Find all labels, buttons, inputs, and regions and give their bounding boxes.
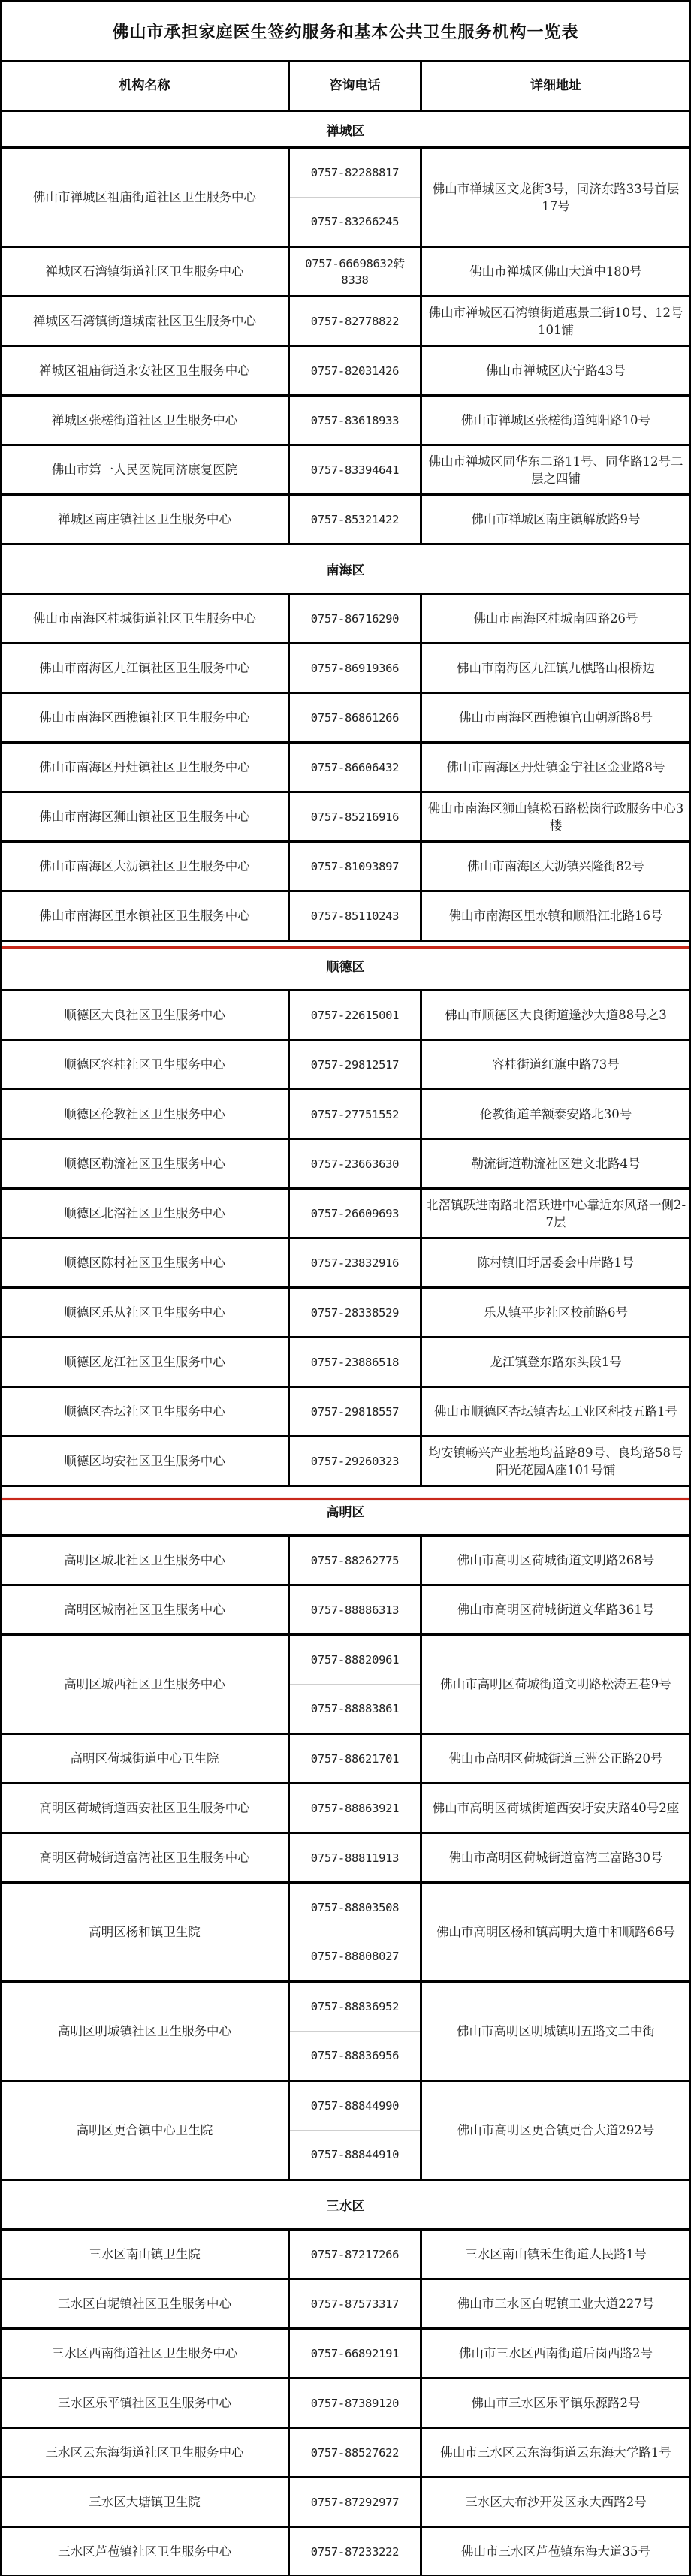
phone-number[interactable]: 0757-88886313 (290, 1586, 420, 1633)
phone-number[interactable]: 0757-83394641 (290, 446, 420, 493)
phone-number[interactable]: 0757-82288817 (290, 149, 420, 197)
institution-name: 三水区南山镇卫生院 (2, 2231, 290, 2278)
institution-name: 顺德区杏坛社区卫生服务中心 (2, 1388, 290, 1435)
table-row: 顺德区乐从社区卫生服务中心0757-28338529乐从镇平步社区校前路6号 (2, 1289, 689, 1338)
phone-cell: 0757-81093897 (290, 843, 422, 890)
table-row: 顺德区伦教社区卫生服务中心0757-27751552伦教街道羊额泰安路北30号 (2, 1090, 689, 1140)
phone-cell: 0757-82778822 (290, 297, 422, 345)
phone-cell: 0757-88262775 (290, 1537, 422, 1584)
institution-name: 高明区城北社区卫生服务中心 (2, 1537, 290, 1584)
institution-name: 顺德区龙江社区卫生服务中心 (2, 1338, 290, 1386)
phone-number[interactable]: 0757-86861266 (290, 694, 420, 741)
institution-address: 容桂街道红旗中路73号 (422, 1041, 689, 1088)
institution-address: 佛山市高明区荷城街道西安圩安庆路40号2座 (422, 1784, 689, 1832)
phone-number[interactable]: 0757-23832916 (290, 1239, 420, 1286)
institution-address: 佛山市高明区荷城街道文明路268号 (422, 1537, 689, 1584)
table-row: 顺德区勒流社区卫生服务中心0757-23663630勒流街道勒流社区建文北路4号 (2, 1140, 689, 1190)
institution-name: 佛山市南海区九江镇社区卫生服务中心 (2, 644, 290, 692)
institution-address: 乐从镇平步社区校前路6号 (422, 1289, 689, 1336)
institution-name: 佛山市南海区狮山镇社区卫生服务中心 (2, 793, 290, 840)
institution-name: 高明区更合镇中心卫生院 (2, 2082, 290, 2179)
phone-number[interactable]: 0757-88863921 (290, 1784, 420, 1832)
phone-cell: 0757-86919366 (290, 644, 422, 692)
column-header-address: 详细地址 (422, 62, 689, 110)
institution-address: 佛山市南海区狮山镇松石路松岗行政服务中心3楼 (422, 793, 689, 840)
phone-number[interactable]: 0757-87292977 (290, 2478, 420, 2526)
table-row: 佛山市南海区里水镇社区卫生服务中心0757-85110243佛山市南海区里水镇和… (2, 892, 689, 942)
phone-cell: 0757-87233222 (290, 2528, 422, 2575)
phone-cell: 0757-29260323 (290, 1437, 422, 1485)
phone-number[interactable]: 0757-88621701 (290, 1735, 420, 1782)
phone-number[interactable]: 0757-88820961 (290, 1636, 420, 1684)
institution-name: 顺德区容桂社区卫生服务中心 (2, 1041, 290, 1088)
phone-number[interactable]: 0757-86919366 (290, 644, 420, 692)
table-row: 三水区白坭镇社区卫生服务中心0757-87573317佛山市三水区白坭镇工业大道… (2, 2280, 689, 2330)
institution-address: 佛山市高明区荷城街道富湾三富路30号 (422, 1834, 689, 1881)
institution-address: 佛山市高明区荷城街道文华路361号 (422, 1586, 689, 1633)
institution-name: 顺德区大良社区卫生服务中心 (2, 991, 290, 1039)
phone-cell: 0757-23886518 (290, 1338, 422, 1386)
phone-number[interactable]: 0757-86716290 (290, 595, 420, 642)
institution-address: 佛山市三水区西南街道后岗西路2号 (422, 2330, 689, 2377)
phone-number[interactable]: 0757-27751552 (290, 1090, 420, 1138)
institution-address: 佛山市三水区云东海街道云东海大学路1号 (422, 2429, 689, 2476)
phone-cell: 0757-86861266 (290, 694, 422, 741)
phone-cell: 0757-28338529 (290, 1289, 422, 1336)
institution-name: 佛山市南海区丹灶镇社区卫生服务中心 (2, 744, 290, 791)
table-row: 顺德区北滘社区卫生服务中心0757-26609693北滘镇跃进南路北滘跃进中心靠… (2, 1190, 689, 1239)
table-row: 三水区南山镇卫生院0757-87217266三水区南山镇禾生街道人民路1号 (2, 2231, 689, 2280)
institution-address: 三水区大布沙开发区永大西路2号 (422, 2478, 689, 2526)
column-header-phone: 咨询电话 (290, 62, 422, 110)
institution-address: 佛山市高明区荷城街道三洲公正路20号 (422, 1735, 689, 1782)
phone-number[interactable]: 0757-87233222 (290, 2528, 420, 2575)
table-row: 三水区西南街道社区卫生服务中心0757-66892191佛山市三水区西南街道后岗… (2, 2330, 689, 2379)
phone-number[interactable]: 0757-86606432 (290, 744, 420, 791)
phone-cell: 0757-83394641 (290, 446, 422, 493)
phone-number[interactable]: 0757-29818557 (290, 1388, 420, 1435)
institution-name: 三水区乐平镇社区卫生服务中心 (2, 2379, 290, 2427)
institution-address: 佛山市高明区明城镇明五路文二中街 (422, 1983, 689, 2080)
institution-address: 佛山市禅城区同华东二路11号、同华路12号二层之四铺 (422, 446, 689, 493)
institution-name: 禅城区石湾镇街道社区卫生服务中心 (2, 248, 290, 295)
table-row: 禅城区祖庙街道永安社区卫生服务中心0757-82031426佛山市禅城区庆宁路4… (2, 347, 689, 397)
institution-name: 高明区城南社区卫生服务中心 (2, 1586, 290, 1633)
institution-address: 佛山市南海区大沥镇兴隆街82号 (422, 843, 689, 890)
phone-number[interactable]: 0757-85321422 (290, 496, 420, 543)
phone-cell: 0757-87217266 (290, 2231, 422, 2278)
phone-number[interactable]: 0757-88836956 (290, 2031, 420, 2080)
institution-name: 高明区明城镇社区卫生服务中心 (2, 1983, 290, 2080)
institution-address: 佛山市高明区杨和镇高明大道中和顺路66号 (422, 1884, 689, 1980)
table-row: 高明区城北社区卫生服务中心0757-88262775佛山市高明区荷城街道文明路2… (2, 1537, 689, 1586)
institution-address: 佛山市禅城区文龙街3号，同济东路33号首层17号 (422, 149, 689, 246)
table-row: 顺德区龙江社区卫生服务中心0757-23886518龙江镇登东路东头段1号 (2, 1338, 689, 1388)
phone-number[interactable]: 0757-26609693 (290, 1190, 420, 1237)
institution-address: 龙江镇登东路东头段1号 (422, 1338, 689, 1386)
district-section-header: 南海区 (2, 545, 689, 595)
phone-number[interactable]: 0757-81093897 (290, 843, 420, 890)
phone-cell: 0757-88886313 (290, 1586, 422, 1633)
phone-number[interactable]: 0757-29260323 (290, 1437, 420, 1485)
table-row: 禅城区南庄镇社区卫生服务中心0757-85321422佛山市禅城区南庄镇解放路9… (2, 496, 689, 545)
institution-name: 顺德区陈村社区卫生服务中心 (2, 1239, 290, 1286)
institution-address: 佛山市南海区西樵镇官山朝新路8号 (422, 694, 689, 741)
table-row: 三水区乐平镇社区卫生服务中心0757-87389120佛山市三水区乐平镇乐源路2… (2, 2379, 689, 2429)
phone-number[interactable]: 0757-83618933 (290, 397, 420, 444)
institution-address: 佛山市三水区芦苞镇东海大道35号 (422, 2528, 689, 2575)
phone-cell: 0757-66698632转8338 (290, 248, 422, 295)
phone-number[interactable]: 0757-82778822 (290, 297, 420, 345)
phone-number[interactable]: 0757-29812517 (290, 1041, 420, 1088)
phone-cell: 0757-888449900757-88844910 (290, 2082, 422, 2179)
district-section-header: 高明区 (2, 1487, 689, 1537)
phone-cell: 0757-88621701 (290, 1735, 422, 1782)
phone-number[interactable]: 0757-23663630 (290, 1140, 420, 1187)
phone-number[interactable]: 0757-88883861 (290, 1684, 420, 1733)
institution-name: 顺德区乐从社区卫生服务中心 (2, 1289, 290, 1336)
table-row: 顺德区均安社区卫生服务中心0757-29260323均安镇畅兴产业基地均益路89… (2, 1437, 689, 1487)
phone-cell: 0757-83618933 (290, 397, 422, 444)
table-row: 顺德区杏坛社区卫生服务中心0757-29818557佛山市顺德区杏坛镇杏坛工业区… (2, 1388, 689, 1437)
phone-cell: 0757-88527622 (290, 2429, 422, 2476)
phone-number[interactable]: 0757-88803508 (290, 1884, 420, 1932)
table-row: 禅城区石湾镇街道社区卫生服务中心0757-66698632转8338佛山市禅城区… (2, 248, 689, 297)
institution-address: 佛山市三水区乐平镇乐源路2号 (422, 2379, 689, 2427)
table-row: 高明区城南社区卫生服务中心0757-88886313佛山市高明区荷城街道文华路3… (2, 1586, 689, 1636)
column-header-name: 机构名称 (2, 62, 290, 110)
table-row: 禅城区张槎街道社区卫生服务中心0757-83618933佛山市禅城区张槎街道纯阳… (2, 397, 689, 446)
institution-name: 三水区白坭镇社区卫生服务中心 (2, 2280, 290, 2327)
institution-name: 佛山市第一人民医院同济康复医院 (2, 446, 290, 493)
institution-name: 顺德区伦教社区卫生服务中心 (2, 1090, 290, 1138)
institution-address: 三水区南山镇禾生街道人民路1号 (422, 2231, 689, 2278)
phone-cell: 0757-87389120 (290, 2379, 422, 2427)
phone-cell: 0757-29818557 (290, 1388, 422, 1435)
table-row: 佛山市禅城区祖庙街道社区卫生服务中心0757-822888170757-8326… (2, 149, 689, 248)
institution-address: 佛山市南海区里水镇和顺沿江北路16号 (422, 892, 689, 940)
institution-address: 北滘镇跃进南路北滘跃进中心靠近东风路一侧2-7层 (422, 1190, 689, 1237)
institution-name: 三水区芦苞镇社区卫生服务中心 (2, 2528, 290, 2575)
table-row: 佛山市南海区九江镇社区卫生服务中心0757-86919366佛山市南海区九江镇九… (2, 644, 689, 694)
phone-cell: 0757-888369520757-88836956 (290, 1983, 422, 2080)
phone-number[interactable]: 0757-88836952 (290, 1983, 420, 2031)
phone-number[interactable]: 0757-88527622 (290, 2429, 420, 2476)
phone-cell: 0757-86716290 (290, 595, 422, 642)
institution-name: 佛山市禅城区祖庙街道社区卫生服务中心 (2, 149, 290, 246)
phone-number[interactable]: 0757-85110243 (290, 892, 420, 940)
phone-cell: 0757-87573317 (290, 2280, 422, 2327)
phone-cell: 0757-85110243 (290, 892, 422, 940)
phone-cell: 0757-27751552 (290, 1090, 422, 1138)
table-row: 佛山市南海区西樵镇社区卫生服务中心0757-86861266佛山市南海区西樵镇官… (2, 694, 689, 744)
institution-name: 高明区荷城街道富湾社区卫生服务中心 (2, 1834, 290, 1881)
phone-number[interactable]: 0757-28338529 (290, 1289, 420, 1336)
phone-cell: 0757-88811913 (290, 1834, 422, 1881)
table-row: 佛山市南海区桂城街道社区卫生服务中心0757-86716290佛山市南海区桂城南… (2, 595, 689, 644)
phone-cell: 0757-26609693 (290, 1190, 422, 1237)
table-row: 高明区杨和镇卫生院0757-888035080757-88808027佛山市高明… (2, 1884, 689, 1983)
phone-number[interactable]: 0757-22615001 (290, 991, 420, 1039)
institution-name: 佛山市南海区大沥镇社区卫生服务中心 (2, 843, 290, 890)
phone-number[interactable]: 0757-88844990 (290, 2082, 420, 2130)
institution-name: 禅城区张槎街道社区卫生服务中心 (2, 397, 290, 444)
institution-address: 佛山市禅城区南庄镇解放路9号 (422, 496, 689, 543)
table-row: 高明区荷城街道中心卫生院0757-88621701佛山市高明区荷城街道三洲公正路… (2, 1735, 689, 1784)
phone-cell: 0757-85321422 (290, 496, 422, 543)
institution-address: 佛山市南海区丹灶镇金宁社区金业路8号 (422, 744, 689, 791)
phone-cell: 0757-23663630 (290, 1140, 422, 1187)
institution-address: 佛山市高明区荷城街道文明路松涛五巷9号 (422, 1636, 689, 1733)
table-row: 高明区荷城街道富湾社区卫生服务中心0757-88811913佛山市高明区荷城街道… (2, 1834, 689, 1884)
table-row: 三水区云东海街道社区卫生服务中心0757-88527622佛山市三水区云东海街道… (2, 2429, 689, 2478)
table-row: 高明区更合镇中心卫生院0757-888449900757-88844910佛山市… (2, 2082, 689, 2181)
institution-directory-table: 佛山市承担家庭医生签约服务和基本公共卫生服务机构一览表 机构名称 咨询电话 详细… (0, 0, 691, 2576)
institution-name: 三水区大塘镇卫生院 (2, 2478, 290, 2526)
institution-name: 高明区城西社区卫生服务中心 (2, 1636, 290, 1733)
table-row: 顺德区陈村社区卫生服务中心0757-23832916陈村镇旧圩居委会中岸路1号 (2, 1239, 689, 1289)
institution-name: 高明区杨和镇卫生院 (2, 1884, 290, 1980)
phone-cell: 0757-85216916 (290, 793, 422, 840)
institution-address: 佛山市高明区更合镇更合大道292号 (422, 2082, 689, 2179)
district-section-header: 三水区 (2, 2181, 689, 2231)
table-row: 三水区大塘镇卫生院0757-87292977三水区大布沙开发区永大西路2号 (2, 2478, 689, 2528)
phone-cell: 0757-888209610757-88883861 (290, 1636, 422, 1733)
phone-cell: 0757-822888170757-83266245 (290, 149, 422, 246)
phone-number[interactable]: 0757-82031426 (290, 347, 420, 394)
table-row: 高明区荷城街道西安社区卫生服务中心0757-88863921佛山市高明区荷城街道… (2, 1784, 689, 1834)
institution-name: 禅城区石湾镇街道城南社区卫生服务中心 (2, 297, 290, 345)
institution-name: 高明区荷城街道西安社区卫生服务中心 (2, 1784, 290, 1832)
phone-number[interactable]: 0757-23886518 (290, 1338, 420, 1386)
institution-address: 佛山市顺德区大良街道逢沙大道88号之3 (422, 991, 689, 1039)
phone-cell: 0757-888035080757-88808027 (290, 1884, 422, 1980)
institution-address: 佛山市南海区九江镇九樵路山根桥边 (422, 644, 689, 692)
phone-cell: 0757-86606432 (290, 744, 422, 791)
phone-cell: 0757-22615001 (290, 991, 422, 1039)
table-row: 高明区城西社区卫生服务中心0757-888209610757-88883861佛… (2, 1636, 689, 1735)
phone-number[interactable]: 0757-87573317 (290, 2280, 420, 2327)
table-row: 佛山市第一人民医院同济康复医院0757-83394641佛山市禅城区同华东二路1… (2, 446, 689, 496)
phone-cell: 0757-66892191 (290, 2330, 422, 2377)
district-section-header: 顺德区 (2, 942, 689, 991)
institution-name: 佛山市南海区西樵镇社区卫生服务中心 (2, 694, 290, 741)
institution-address: 勒流街道勒流社区建文北路4号 (422, 1140, 689, 1187)
column-header-row: 机构名称 咨询电话 详细地址 (2, 62, 689, 112)
institution-name: 佛山市南海区里水镇社区卫生服务中心 (2, 892, 290, 940)
institution-address: 伦教街道羊额泰安路北30号 (422, 1090, 689, 1138)
institution-address: 佛山市禅城区张槎街道纯阳路10号 (422, 397, 689, 444)
table-title: 佛山市承担家庭医生签约服务和基本公共卫生服务机构一览表 (2, 0, 689, 62)
phone-number[interactable]: 0757-88262775 (290, 1537, 420, 1584)
table-row: 顺德区容桂社区卫生服务中心0757-29812517容桂街道红旗中路73号 (2, 1041, 689, 1090)
table-body: 禅城区佛山市禅城区祖庙街道社区卫生服务中心0757-822888170757-8… (2, 112, 689, 2576)
district-section-header: 禅城区 (2, 112, 689, 149)
institution-name: 三水区云东海街道社区卫生服务中心 (2, 2429, 290, 2476)
table-row: 高明区明城镇社区卫生服务中心0757-888369520757-88836956… (2, 1983, 689, 2082)
institution-address: 佛山市禅城区石湾镇街道惠景三街10号、12号101铺 (422, 297, 689, 345)
table-row: 佛山市南海区大沥镇社区卫生服务中心0757-81093897佛山市南海区大沥镇兴… (2, 843, 689, 892)
table-row: 佛山市南海区狮山镇社区卫生服务中心0757-85216916佛山市南海区狮山镇松… (2, 793, 689, 843)
institution-name: 顺德区均安社区卫生服务中心 (2, 1437, 290, 1485)
phone-number[interactable]: 0757-88808027 (290, 1932, 420, 1980)
institution-address: 佛山市禅城区佛山大道中180号 (422, 248, 689, 295)
institution-address: 佛山市禅城区庆宁路43号 (422, 347, 689, 394)
table-row: 三水区芦苞镇社区卫生服务中心0757-87233222佛山市三水区芦苞镇东海大道… (2, 2528, 689, 2576)
institution-address: 佛山市南海区桂城南四路26号 (422, 595, 689, 642)
phone-number[interactable]: 0757-87389120 (290, 2379, 420, 2427)
phone-cell: 0757-23832916 (290, 1239, 422, 1286)
institution-name: 顺德区勒流社区卫生服务中心 (2, 1140, 290, 1187)
phone-number[interactable]: 0757-87217266 (290, 2231, 420, 2278)
phone-cell: 0757-29812517 (290, 1041, 422, 1088)
institution-name: 禅城区南庄镇社区卫生服务中心 (2, 496, 290, 543)
phone-number[interactable]: 0757-88844910 (290, 2130, 420, 2179)
institution-name: 佛山市南海区桂城街道社区卫生服务中心 (2, 595, 290, 642)
phone-number[interactable]: 0757-66698632转8338 (290, 248, 420, 295)
phone-number[interactable]: 0757-83266245 (290, 197, 420, 246)
phone-cell: 0757-87292977 (290, 2478, 422, 2526)
table-row: 佛山市南海区丹灶镇社区卫生服务中心0757-86606432佛山市南海区丹灶镇金… (2, 744, 689, 793)
institution-address: 均安镇畅兴产业基地均益路89号、良均路58号阳光花园A座101号铺 (422, 1437, 689, 1485)
institution-name: 高明区荷城街道中心卫生院 (2, 1735, 290, 1782)
phone-cell: 0757-88863921 (290, 1784, 422, 1832)
phone-number[interactable]: 0757-88811913 (290, 1834, 420, 1881)
institution-name: 禅城区祖庙街道永安社区卫生服务中心 (2, 347, 290, 394)
phone-cell: 0757-82031426 (290, 347, 422, 394)
institution-address: 陈村镇旧圩居委会中岸路1号 (422, 1239, 689, 1286)
institution-address: 佛山市三水区白坭镇工业大道227号 (422, 2280, 689, 2327)
institution-address: 佛山市顺德区杏坛镇杏坛工业区科技五路1号 (422, 1388, 689, 1435)
phone-number[interactable]: 0757-85216916 (290, 793, 420, 840)
table-row: 禅城区石湾镇街道城南社区卫生服务中心0757-82778822佛山市禅城区石湾镇… (2, 297, 689, 347)
table-row: 顺德区大良社区卫生服务中心0757-22615001佛山市顺德区大良街道逢沙大道… (2, 991, 689, 1041)
institution-name: 三水区西南街道社区卫生服务中心 (2, 2330, 290, 2377)
phone-number[interactable]: 0757-66892191 (290, 2330, 420, 2377)
institution-name: 顺德区北滘社区卫生服务中心 (2, 1190, 290, 1237)
